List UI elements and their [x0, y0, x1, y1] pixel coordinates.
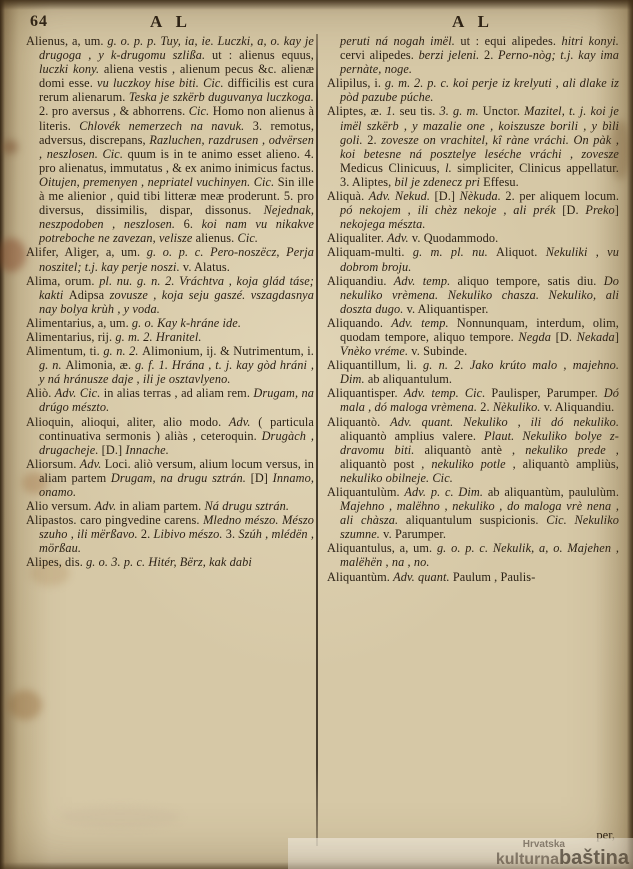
watermark-line3: baština — [559, 848, 629, 868]
dictionary-entry: Aliquandiu. Adv. temp. aliquo tempore, s… — [327, 274, 619, 316]
dictionary-entry: Aliquà. Adv. Nekud. [D.] Nèkuda. 2. per … — [327, 189, 619, 231]
column-left: Alienus, a, um. g. o. p. p. Tuy, ia, ie.… — [26, 34, 314, 570]
dictionary-entry: Aliquantùm. Adv. quant. Paulum , Paulis- — [327, 570, 619, 584]
dictionary-entry: Alioquin, alioqui, aliter, alio modo. Ad… — [26, 415, 314, 457]
dictionary-entry: Aliquando. Adv. temp. Nonnunquam, interd… — [327, 316, 619, 358]
dictionary-entry: Aliorsum. Adv. Loci. aliò versum, alium … — [26, 457, 314, 499]
paper-stain — [8, 690, 42, 720]
dictionary-entry: Aliquantisper. Adv. temp. Cic. Paulisper… — [327, 386, 619, 414]
paper-stain — [60, 806, 180, 828]
dictionary-entry: Aliquantillum, li. g. n. 2. Jako krúto m… — [327, 358, 619, 386]
dictionary-entry: Aliquantulùm. Adv. p. c. Dim. ab aliquan… — [327, 485, 619, 541]
dictionary-entry: peruti ná nogah imël. ut : equi alipedes… — [327, 34, 619, 76]
dictionary-entry: Aliquantò. Adv. quant. Nekuliko , ili dó… — [327, 415, 619, 485]
scan-edge-left — [0, 0, 5, 869]
dictionary-entry: Aliptes, æ. 1. seu tis. 3. g. m. Unctor.… — [327, 104, 619, 189]
dictionary-entry: Alio versum. Adv. in aliam partem. Ná dr… — [26, 499, 314, 513]
dictionary-entry: Aliquam-multi. g. m. pl. nu. Aliquot. Ne… — [327, 245, 619, 273]
dictionary-entry: Aliò. Adv. Cic. in alias terras , ad ali… — [26, 386, 314, 414]
dictionary-entry: Alimentarius, a, um. g. o. Kay k-hráne i… — [26, 316, 314, 330]
page-number: 64 — [30, 13, 48, 31]
dictionary-entry: Alimentum, ti. g. n. 2. Alimonium, ij. &… — [26, 344, 314, 386]
scan-edge-top — [0, 0, 633, 10]
watermark: Hrvatska kulturna baština — [288, 838, 633, 869]
watermark-line2: kulturna — [496, 852, 559, 868]
dictionary-entry: Alienus, a, um. g. o. p. p. Tuy, ia, ie.… — [26, 34, 314, 245]
dictionary-entry: Alimentarius, rij. g. m. 2. Hranitel. — [26, 330, 314, 344]
dictionary-entry: Alipilus, i. g. m. 2. p. c. koi perje iz… — [327, 76, 619, 104]
column-right: peruti ná nogah imël. ut : equi alipedes… — [327, 34, 619, 584]
running-header-right: A L — [452, 12, 494, 32]
dictionary-entry: Alipes, dis. g. o. 3. p. c. Hitér, Bërz,… — [26, 555, 314, 569]
dictionary-entry: Alima, orum. pl. nu. g. n. 2. Vráchtva ,… — [26, 274, 314, 316]
dictionary-entry: Aliquantulus, a, um. g. o. p. c. Nekulik… — [327, 541, 619, 569]
dictionary-entry: Alipastos. caro pingvedine carens. Mledn… — [26, 513, 314, 555]
column-divider-rule — [316, 34, 318, 846]
scanned-dictionary-page: 64 A L A L Alienus, a, um. g. o. p. p. T… — [0, 0, 633, 869]
scan-edge-right — [627, 0, 633, 869]
dictionary-entry: Aliqualiter. Adv. v. Quodammodo. — [327, 231, 619, 245]
dictionary-entry: Alifer, Aliger, a, um. g. o. p. c. Pero-… — [26, 245, 314, 273]
running-header-left: A L — [150, 12, 192, 32]
